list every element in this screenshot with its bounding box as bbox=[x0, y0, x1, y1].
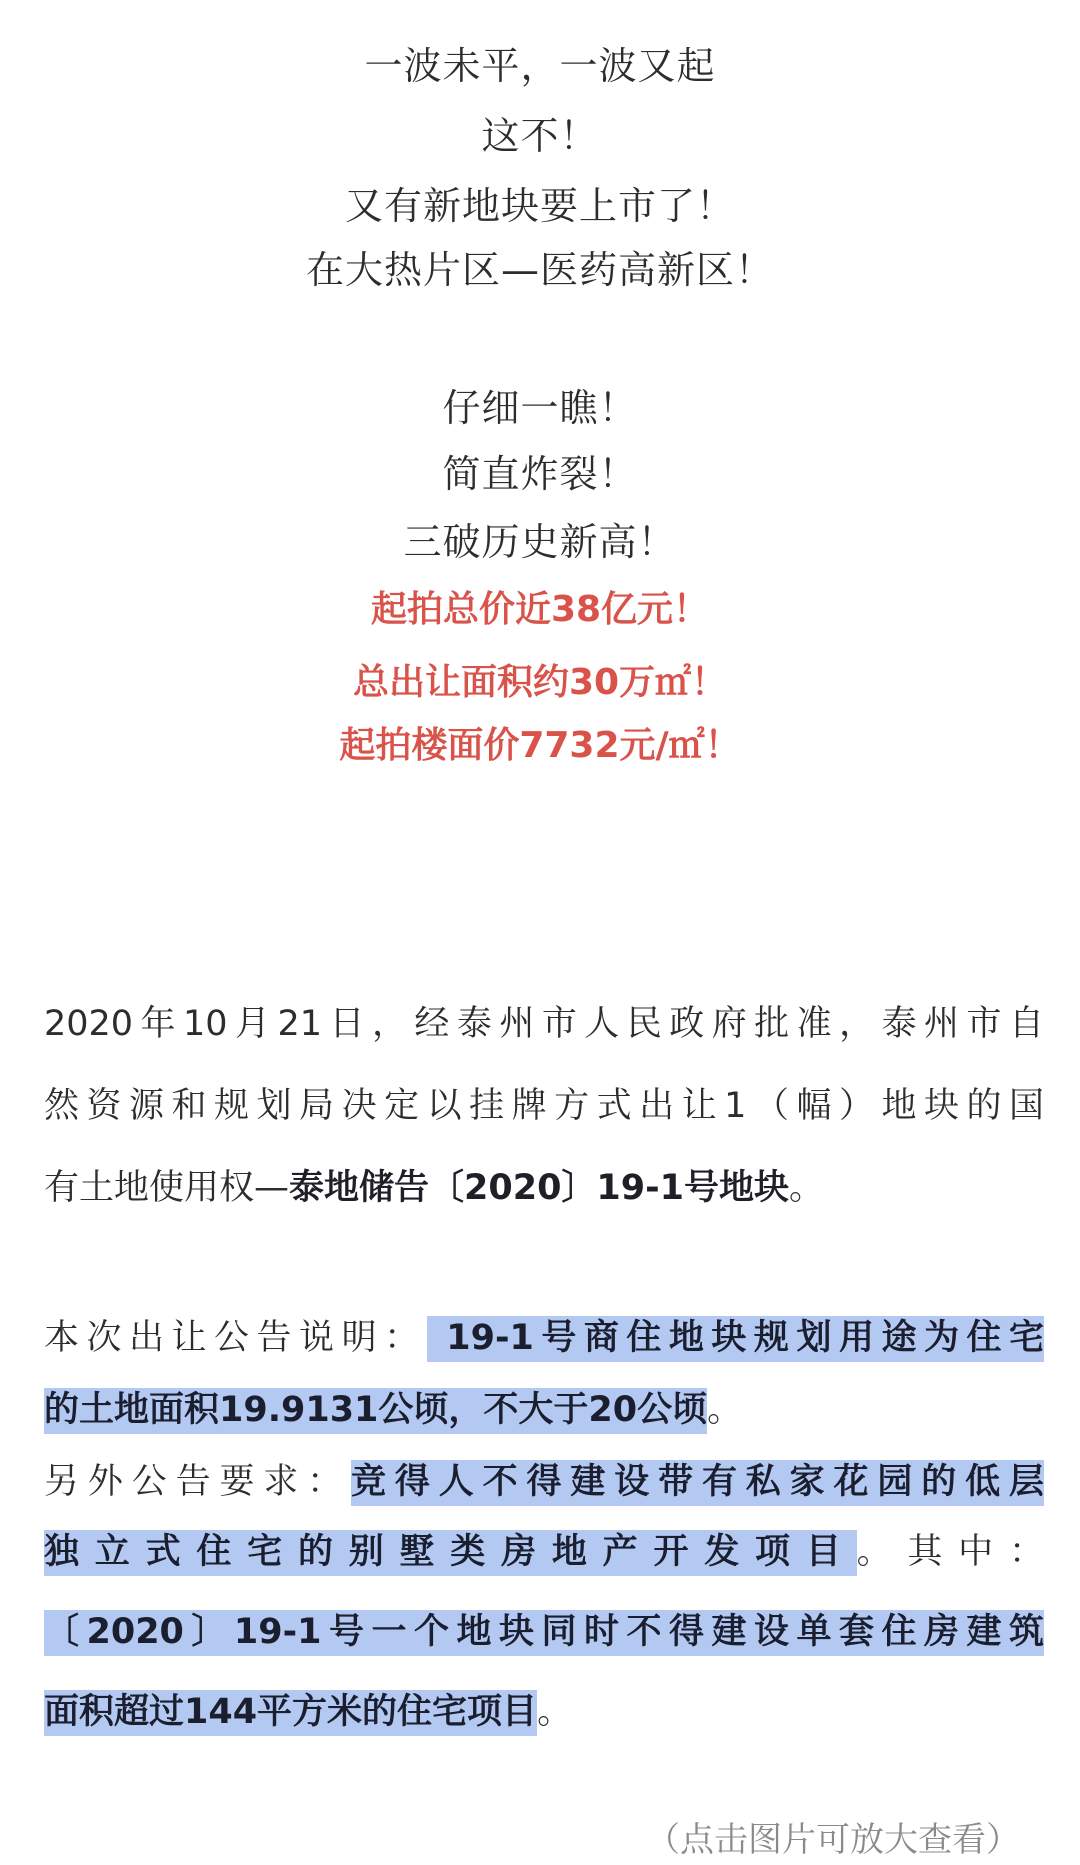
paragraph-text: 2020年10月21日，经泰州市人民政府批准，泰州市自 bbox=[44, 1004, 1044, 1044]
paragraph-row: 有土地使用权—泰地储告〔2020〕19-1号地块。 bbox=[44, 1164, 1044, 1246]
paragraph-text: 。 bbox=[789, 1168, 824, 1208]
requirement-label: 另外公告要求： bbox=[44, 1462, 351, 1502]
highlighted-text: 面积超过144平方米的住宅项目 bbox=[44, 1690, 537, 1736]
announcement-paragraph: 2020年10月21日，经泰州市人民政府批准，泰州市自 然资源和规划局决定以挂牌… bbox=[44, 1000, 1044, 1246]
intro-lines-group-1: 一波未平，一波又起 bbox=[0, 46, 1080, 86]
highlighted-text: 独立式住宅的别墅类房地产开发项目 bbox=[44, 1530, 857, 1576]
paragraph-row: 然资源和规划局决定以挂牌方式出让1（幅）地块的国 bbox=[44, 1082, 1044, 1164]
highlight-total-price: 起拍总价近38亿元！ bbox=[0, 590, 1080, 630]
paragraph-row: 面积超过144平方米的住宅项目。 bbox=[44, 1688, 1044, 1768]
image-zoom-hint: （点击图片可放大查看） bbox=[646, 1812, 1020, 1861]
intro-lines-group-2: 仔细一瞧！ bbox=[0, 388, 1080, 428]
paragraph-row: 2020年10月21日，经泰州市人民政府批准，泰州市自 bbox=[44, 1000, 1044, 1082]
paragraph-row: 〔2020〕19-1号一个地块同时不得建设单套住房建筑 bbox=[44, 1608, 1044, 1688]
intro-line: 仔细一瞧！ bbox=[0, 388, 1080, 428]
paragraph-row: 另外公告要求：竞得人不得建设带有私家花园的低层 bbox=[44, 1458, 1044, 1528]
paragraph-text: 然资源和规划局决定以挂牌方式出让1（幅）地块的国 bbox=[44, 1086, 1044, 1126]
paragraph-text: 。其中： bbox=[857, 1532, 1044, 1572]
intro-line: 又有新地块要上市了！ bbox=[0, 186, 1080, 226]
intro-lines-group-2: 三破历史新高！ bbox=[0, 522, 1080, 562]
land-parcel-id: 泰地储告〔2020〕19-1号地块 bbox=[289, 1168, 789, 1208]
highlighted-text: 竞得人不得建设带有私家花园的低层 bbox=[351, 1460, 1044, 1506]
highlight-line: 总出让面积约30万㎡！ bbox=[0, 663, 1080, 703]
intro-lines-group-2: 简直炸裂！ bbox=[0, 454, 1080, 494]
notice-label: 本次出让公告说明： bbox=[44, 1318, 427, 1358]
intro-lines-group-1: 又有新地块要上市了！ bbox=[0, 186, 1080, 226]
highlighted-text: 的土地面积19.9131公顷，不大于20公顷 bbox=[44, 1388, 707, 1434]
paragraph-text: 有土地使用权— bbox=[44, 1168, 289, 1208]
highlighted-text: 19-1号商住地块规划用途为住宅 bbox=[427, 1316, 1044, 1362]
paragraph-row: 本次出让公告说明： 19-1号商住地块规划用途为住宅 bbox=[44, 1314, 1044, 1386]
intro-line: 简直炸裂！ bbox=[0, 454, 1080, 494]
paragraph-text: 。 bbox=[537, 1692, 572, 1732]
highlight-total-area: 总出让面积约30万㎡！ bbox=[0, 663, 1080, 703]
intro-lines-group-1: 这不！ bbox=[0, 116, 1080, 156]
intro-line: 在大热片区—医药高新区！ bbox=[0, 250, 1080, 290]
intro-line: 一波未平，一波又起 bbox=[0, 46, 1080, 86]
intro-line: 这不！ bbox=[0, 116, 1080, 156]
highlight-floor-price: 起拍楼面价7732元/㎡！ bbox=[0, 726, 1080, 766]
paragraph-text: 。 bbox=[707, 1390, 742, 1430]
notice-requirements: 本次出让公告说明： 19-1号商住地块规划用途为住宅 的土地面积19.9131公… bbox=[44, 1314, 1044, 1768]
highlight-line: 起拍楼面价7732元/㎡！ bbox=[0, 726, 1080, 766]
paragraph-row: 独立式住宅的别墅类房地产开发项目。其中： bbox=[44, 1528, 1044, 1608]
paragraph-row: 的土地面积19.9131公顷，不大于20公顷。 bbox=[44, 1386, 1044, 1458]
highlighted-text: 〔2020〕19-1号一个地块同时不得建设单套住房建筑 bbox=[44, 1610, 1044, 1656]
intro-lines-group-1: 在大热片区—医药高新区！ bbox=[0, 250, 1080, 290]
highlight-line: 起拍总价近38亿元！ bbox=[0, 590, 1080, 630]
intro-line: 三破历史新高！ bbox=[0, 522, 1080, 562]
